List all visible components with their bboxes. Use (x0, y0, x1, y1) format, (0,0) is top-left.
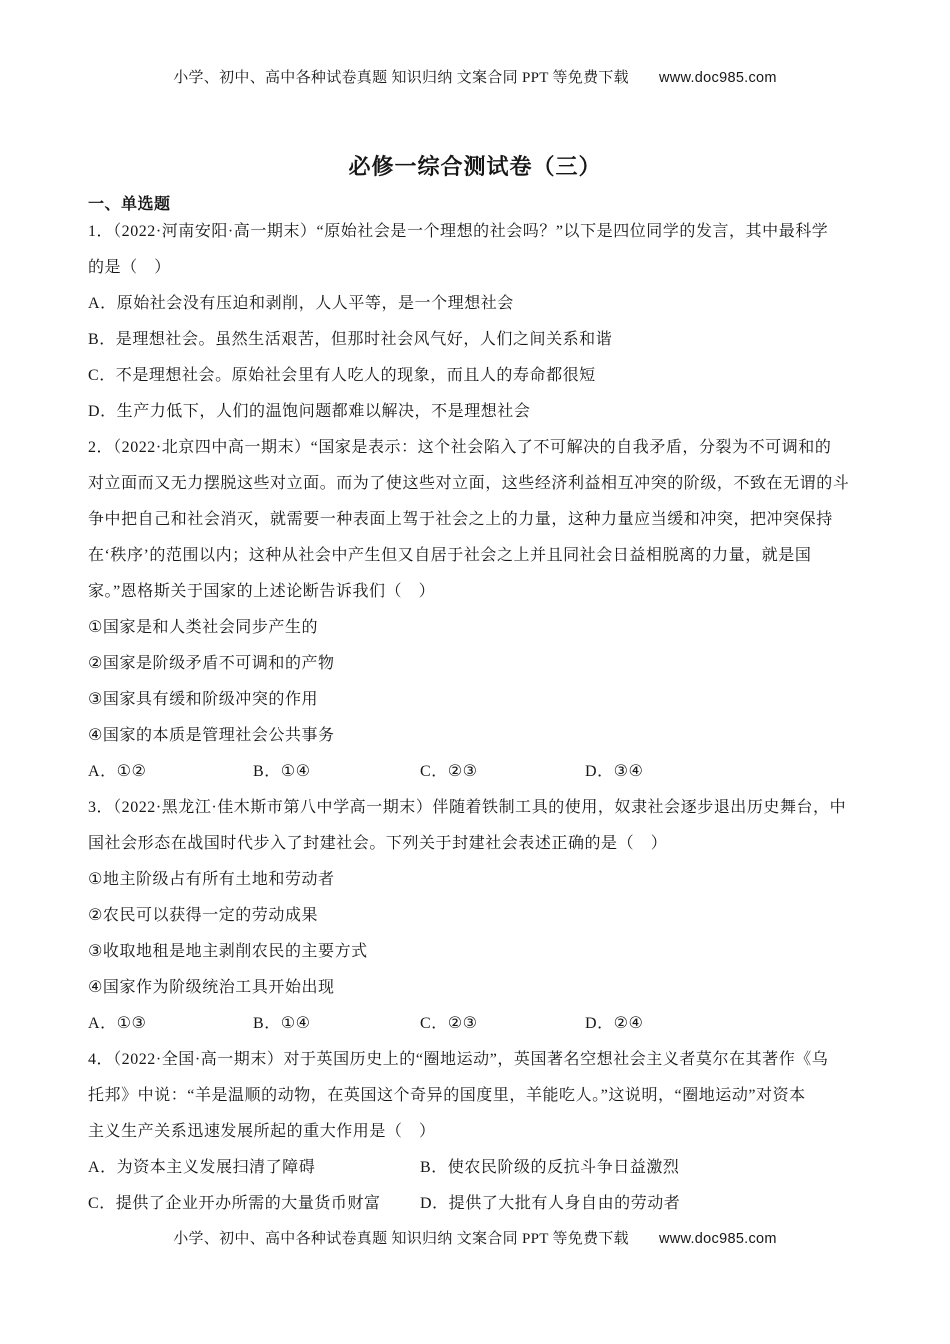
option-item: C．②③ (420, 754, 585, 790)
question-text-line: 国社会形态在战国时代步入了封建社会。下列关于封建社会表述正确的是（ ） (88, 826, 868, 862)
question-text-line: 3．（2022·黑龙江·佳木斯市第八中学高一期末）伴随着铁制工具的使用，奴隶社会… (88, 790, 868, 826)
option-item: D．②④ (585, 1006, 643, 1042)
document-title: 必修一综合测试卷（三） (0, 150, 950, 184)
option-item: D．提供了大批有人身自由的劳动者 (420, 1186, 680, 1222)
question-2: 2．（2022·北京四中高一期末）“国家是表示：这个社会陷入了不可解决的自我矛盾… (88, 430, 868, 790)
question-4: 4．（2022·全国·高一期末）对于英国历史上的“圈地运动”，英国著名空想社会主… (88, 1042, 868, 1222)
question-text-line: 对立面而又无力摆脱这些对立面。而为了使这些对立面，这些经济利益相互冲突的阶级，不… (88, 466, 868, 502)
question-3: 3．（2022·黑龙江·佳木斯市第八中学高一期末）伴随着铁制工具的使用，奴隶社会… (88, 790, 868, 1042)
option-item: A．①② (88, 754, 253, 790)
question-text-line: 托邦》中说：“羊是温顺的动物，在英国这个奇异的国度里，羊能吃人。”这说明，“圈地… (88, 1078, 868, 1114)
question-text-line: A．原始社会没有压迫和剥削，人人平等，是一个理想社会 (88, 286, 868, 322)
header-banner-url[interactable]: www.doc985.com (659, 70, 777, 86)
options-row: C．提供了企业开办所需的大量货币财富D．提供了大批有人身自由的劳动者 (88, 1186, 868, 1222)
question-text-line: ①国家是和人类社会同步产生的 (88, 610, 868, 646)
question-text-line: ④国家作为阶级统治工具开始出现 (88, 970, 868, 1006)
options-row: A．①②B．①④C．②③D．③④ (88, 754, 868, 790)
question-text-line: ④国家的本质是管理社会公共事务 (88, 718, 868, 754)
document-page: 小学、初中、高中各种试卷真题 知识归纳 文案合同 PPT 等免费下载www.do… (0, 0, 950, 1344)
page-header-banner: 小学、初中、高中各种试卷真题 知识归纳 文案合同 PPT 等免费下载www.do… (0, 66, 950, 90)
question-text-line: 争中把自己和社会消灭，就需要一种表面上驾于社会之上的力量，这种力量应当缓和冲突，… (88, 502, 868, 538)
option-item: B．使农民阶级的反抗斗争日益激烈 (420, 1150, 679, 1186)
option-item: B．①④ (253, 1006, 420, 1042)
question-text-line: C．不是理想社会。原始社会里有人吃人的现象，而且人的寿命都很短 (88, 358, 868, 394)
options-row: A．①③B．①④C．②③D．②④ (88, 1006, 868, 1042)
option-item: A．①③ (88, 1006, 253, 1042)
question-text-line: ③国家具有缓和阶级冲突的作用 (88, 682, 868, 718)
question-text-line: ①地主阶级占有所有土地和劳动者 (88, 862, 868, 898)
question-text-line: 主义生产关系迅速发展所起的重大作用是（ ） (88, 1114, 868, 1150)
question-text-line: 4．（2022·全国·高一期末）对于英国历史上的“圈地运动”，英国著名空想社会主… (88, 1042, 868, 1078)
section-heading: 一、单选题 (88, 194, 171, 216)
question-text-line: ③收取地租是地主剥削农民的主要方式 (88, 934, 868, 970)
option-item: C．提供了企业开办所需的大量货币财富 (88, 1186, 420, 1222)
question-text-line: 家。”恩格斯关于国家的上述论断告诉我们（ ） (88, 574, 868, 610)
question-text-line: B．是理想社会。虽然生活艰苦，但那时社会风气好，人们之间关系和谐 (88, 322, 868, 358)
option-item: B．①④ (253, 754, 420, 790)
footer-banner-url[interactable]: www.doc985.com (659, 1231, 777, 1247)
question-text-line: ②国家是阶级矛盾不可调和的产物 (88, 646, 868, 682)
questions-container: 1．（2022·河南安阳·高一期末）“原始社会是一个理想的社会吗？”以下是四位同… (88, 214, 868, 1222)
option-item: C．②③ (420, 1006, 585, 1042)
question-text-line: 1．（2022·河南安阳·高一期末）“原始社会是一个理想的社会吗？”以下是四位同… (88, 214, 868, 250)
question-text-line: ②农民可以获得一定的劳动成果 (88, 898, 868, 934)
options-row: A．为资本主义发展扫清了障碍B．使农民阶级的反抗斗争日益激烈 (88, 1150, 868, 1186)
header-banner-text: 小学、初中、高中各种试卷真题 知识归纳 文案合同 PPT 等免费下载 (173, 70, 629, 86)
question-text-line: 2．（2022·北京四中高一期末）“国家是表示：这个社会陷入了不可解决的自我矛盾… (88, 430, 868, 466)
question-text-line: D．生产力低下，人们的温饱问题都难以解决，不是理想社会 (88, 394, 868, 430)
question-text-line: 在‘秩序’的范围以内；这种从社会中产生但又自居于社会之上并且同社会日益相脱离的力… (88, 538, 868, 574)
option-item: D．③④ (585, 754, 643, 790)
footer-banner-text: 小学、初中、高中各种试卷真题 知识归纳 文案合同 PPT 等免费下载 (173, 1231, 629, 1247)
page-footer-banner: 小学、初中、高中各种试卷真题 知识归纳 文案合同 PPT 等免费下载www.do… (0, 1227, 950, 1251)
question-text-line: 的是（ ） (88, 250, 868, 286)
option-item: A．为资本主义发展扫清了障碍 (88, 1150, 420, 1186)
question-1: 1．（2022·河南安阳·高一期末）“原始社会是一个理想的社会吗？”以下是四位同… (88, 214, 868, 430)
